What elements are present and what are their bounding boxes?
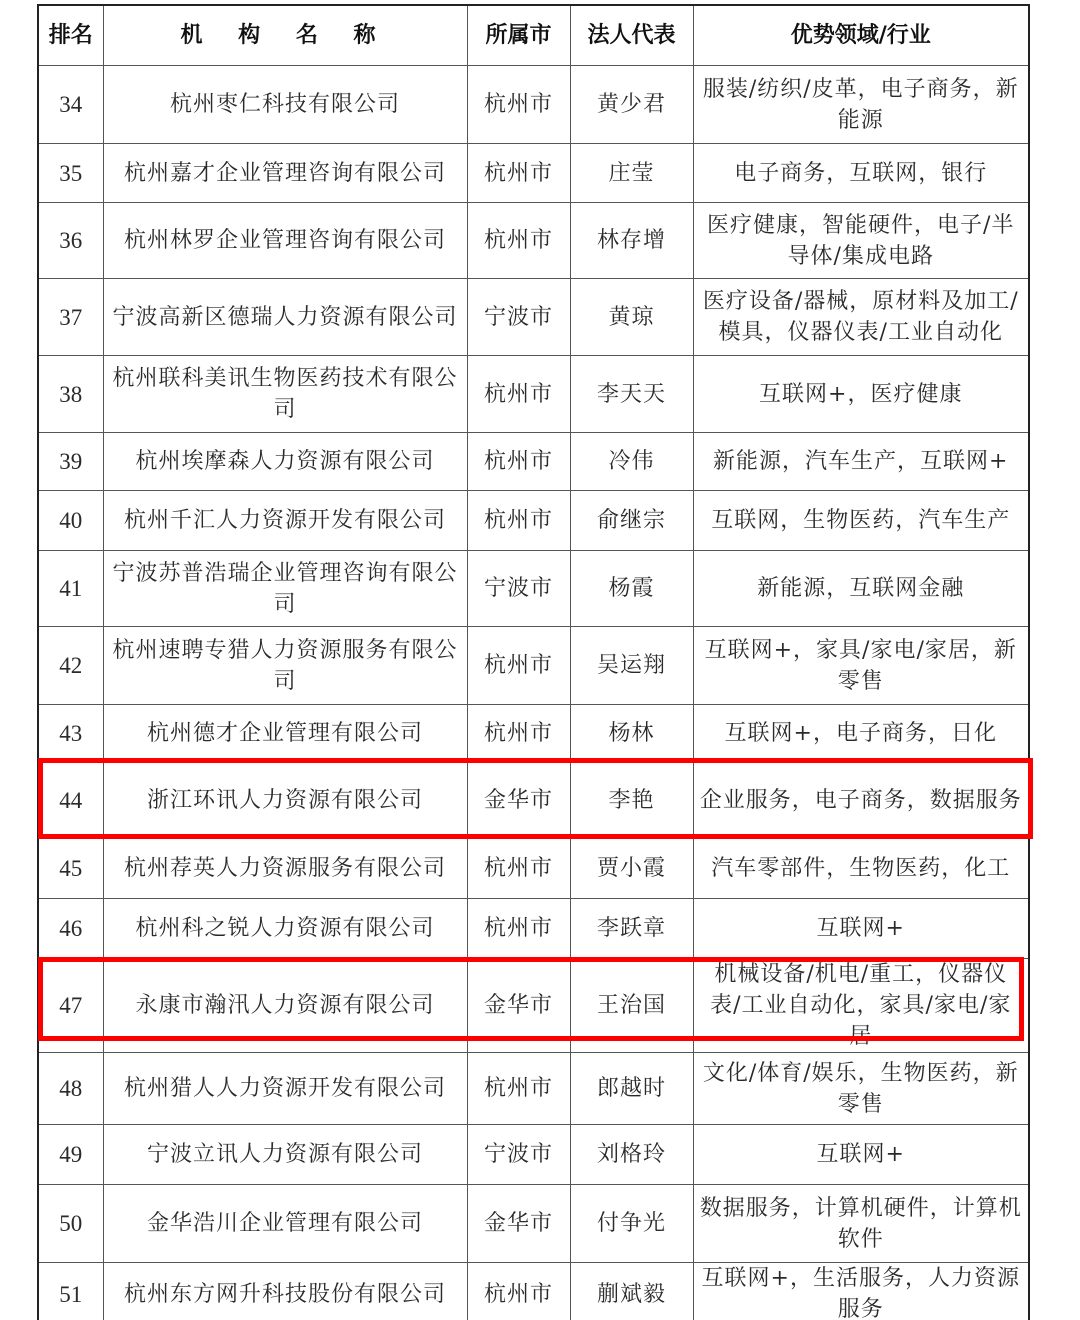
- org-name-cell: 浙江环讯人力资源有限公司: [103, 763, 467, 839]
- org-name-cell: 杭州荐英人力资源服务有限公司: [103, 839, 467, 899]
- city-cell: 杭州市: [467, 1053, 570, 1125]
- city-cell: 杭州市: [467, 203, 570, 279]
- rank-cell: 48: [38, 1053, 103, 1125]
- ranking-table: 排名 机 构 名 称 所属市 法人代表 优势领域/行业 34杭州枣仁科技有限公司…: [37, 4, 1030, 1320]
- rank-cell: 49: [38, 1125, 103, 1185]
- rank-cell: 45: [38, 839, 103, 899]
- table-row: 40杭州千汇人力资源开发有限公司杭州市俞继宗互联网，生物医药，汽车生产: [38, 491, 1029, 551]
- org-name-cell: 宁波立讯人力资源有限公司: [103, 1125, 467, 1185]
- city-cell: 杭州市: [467, 1263, 570, 1320]
- fields-cell: 新能源，汽车生产，互联网+: [693, 433, 1029, 491]
- rank-cell: 38: [38, 356, 103, 433]
- fields-cell: 电子商务，互联网，银行: [693, 144, 1029, 203]
- representative-cell: 林存增: [570, 203, 693, 279]
- org-name-cell: 杭州枣仁科技有限公司: [103, 66, 467, 144]
- fields-cell: 企业服务，电子商务，数据服务: [693, 763, 1029, 839]
- table-row: 36杭州林罗企业管理咨询有限公司杭州市林存增医疗健康，智能硬件，电子/半导体/集…: [38, 203, 1029, 279]
- representative-cell: 王治国: [570, 959, 693, 1053]
- fields-cell: 医疗设备/器械，原材料及加工/模具，仪器仪表/工业自动化: [693, 279, 1029, 356]
- city-cell: 宁波市: [467, 279, 570, 356]
- table-row: 38杭州联科美讯生物医药技术有限公司杭州市李天天互联网+，医疗健康: [38, 356, 1029, 433]
- table-row: 50金华浩川企业管理有限公司金华市付争光数据服务，计算机硬件，计算机软件: [38, 1185, 1029, 1263]
- table-row: 41宁波苏普浩瑞企业管理咨询有限公司宁波市杨霞新能源，互联网金融: [38, 551, 1029, 627]
- table-row: 43杭州德才企业管理有限公司杭州市杨林互联网+，电子商务，日化: [38, 705, 1029, 763]
- org-name-cell: 杭州千汇人力资源开发有限公司: [103, 491, 467, 551]
- org-name-cell: 杭州猎人人力资源开发有限公司: [103, 1053, 467, 1125]
- rank-cell: 36: [38, 203, 103, 279]
- city-cell: 杭州市: [467, 356, 570, 433]
- city-cell: 杭州市: [467, 66, 570, 144]
- org-name-cell: 杭州速聘专猎人力资源服务有限公司: [103, 627, 467, 705]
- representative-cell: 刘格玲: [570, 1125, 693, 1185]
- city-cell: 杭州市: [467, 899, 570, 959]
- header-rank: 排名: [38, 5, 103, 66]
- representative-cell: 黄少君: [570, 66, 693, 144]
- representative-cell: 蒯斌毅: [570, 1263, 693, 1320]
- representative-cell: 郎越时: [570, 1053, 693, 1125]
- city-cell: 金华市: [467, 959, 570, 1053]
- table-row: 35杭州嘉才企业管理咨询有限公司杭州市庄莹电子商务，互联网，银行: [38, 144, 1029, 203]
- table-row-highlighted: 44浙江环讯人力资源有限公司金华市李艳企业服务，电子商务，数据服务: [38, 763, 1029, 839]
- city-cell: 金华市: [467, 763, 570, 839]
- representative-cell: 俞继宗: [570, 491, 693, 551]
- rank-cell: 44: [38, 763, 103, 839]
- fields-cell: 医疗健康，智能硬件，电子/半导体/集成电路: [693, 203, 1029, 279]
- representative-cell: 付争光: [570, 1185, 693, 1263]
- rank-cell: 39: [38, 433, 103, 491]
- org-name-cell: 杭州联科美讯生物医药技术有限公司: [103, 356, 467, 433]
- city-cell: 金华市: [467, 1185, 570, 1263]
- table-row: 42杭州速聘专猎人力资源服务有限公司杭州市吴运翔互联网+，家具/家电/家居，新零…: [38, 627, 1029, 705]
- representative-cell: 贾小霞: [570, 839, 693, 899]
- representative-cell: 吴运翔: [570, 627, 693, 705]
- fields-cell: 互联网+，医疗健康: [693, 356, 1029, 433]
- fields-cell: 新能源，互联网金融: [693, 551, 1029, 627]
- rank-cell: 43: [38, 705, 103, 763]
- rank-cell: 46: [38, 899, 103, 959]
- representative-cell: 庄莹: [570, 144, 693, 203]
- representative-cell: 杨霞: [570, 551, 693, 627]
- rank-cell: 40: [38, 491, 103, 551]
- org-name-cell: 杭州东方网升科技股份有限公司: [103, 1263, 467, 1320]
- representative-cell: 李跃章: [570, 899, 693, 959]
- header-org-name: 机 构 名 称: [103, 5, 467, 66]
- city-cell: 杭州市: [467, 627, 570, 705]
- rank-cell: 42: [38, 627, 103, 705]
- table-row: 37宁波高新区德瑞人力资源有限公司宁波市黄琼医疗设备/器械，原材料及加工/模具，…: [38, 279, 1029, 356]
- table-row: 51杭州东方网升科技股份有限公司杭州市蒯斌毅互联网+，生活服务，人力资源服务: [38, 1263, 1029, 1320]
- table-row: 39杭州埃摩森人力资源有限公司杭州市冷伟新能源，汽车生产，互联网+: [38, 433, 1029, 491]
- org-name-cell: 宁波苏普浩瑞企业管理咨询有限公司: [103, 551, 467, 627]
- rank-cell: 35: [38, 144, 103, 203]
- org-name-cell: 永康市瀚汛人力资源有限公司: [103, 959, 467, 1053]
- org-name-cell: 杭州德才企业管理有限公司: [103, 705, 467, 763]
- fields-cell: 互联网+，家具/家电/家居，新零售: [693, 627, 1029, 705]
- table-row: 48杭州猎人人力资源开发有限公司杭州市郎越时文化/体育/娱乐，生物医药，新零售: [38, 1053, 1029, 1125]
- fields-cell: 汽车零部件，生物医药，化工: [693, 839, 1029, 899]
- table-row-highlighted: 47永康市瀚汛人力资源有限公司金华市王治国机械设备/机电/重工，仪器仪表/工业自…: [38, 959, 1029, 1053]
- representative-cell: 冷伟: [570, 433, 693, 491]
- representative-cell: 李天天: [570, 356, 693, 433]
- representative-cell: 杨林: [570, 705, 693, 763]
- city-cell: 宁波市: [467, 1125, 570, 1185]
- rank-cell: 34: [38, 66, 103, 144]
- fields-cell: 互联网+: [693, 899, 1029, 959]
- representative-cell: 黄琼: [570, 279, 693, 356]
- rank-cell: 51: [38, 1263, 103, 1320]
- fields-cell: 服装/纺织/皮革，电子商务，新能源: [693, 66, 1029, 144]
- rank-cell: 41: [38, 551, 103, 627]
- representative-cell: 李艳: [570, 763, 693, 839]
- org-name-cell: 金华浩川企业管理有限公司: [103, 1185, 467, 1263]
- table-row: 49宁波立讯人力资源有限公司宁波市刘格玲互联网+: [38, 1125, 1029, 1185]
- fields-cell: 机械设备/机电/重工，仪器仪表/工业自动化，家具/家电/家居: [693, 959, 1029, 1053]
- city-cell: 杭州市: [467, 839, 570, 899]
- city-cell: 杭州市: [467, 491, 570, 551]
- org-name-cell: 杭州林罗企业管理咨询有限公司: [103, 203, 467, 279]
- fields-cell: 文化/体育/娱乐，生物医药，新零售: [693, 1053, 1029, 1125]
- rank-cell: 37: [38, 279, 103, 356]
- header-city: 所属市: [467, 5, 570, 66]
- org-name-cell: 杭州嘉才企业管理咨询有限公司: [103, 144, 467, 203]
- table-body: 34杭州枣仁科技有限公司杭州市黄少君服装/纺织/皮革，电子商务，新能源35杭州嘉…: [38, 66, 1029, 1320]
- fields-cell: 数据服务，计算机硬件，计算机软件: [693, 1185, 1029, 1263]
- table-row: 46杭州科之锐人力资源有限公司杭州市李跃章互联网+: [38, 899, 1029, 959]
- city-cell: 杭州市: [467, 705, 570, 763]
- org-name-cell: 杭州科之锐人力资源有限公司: [103, 899, 467, 959]
- fields-cell: 互联网+，生活服务，人力资源服务: [693, 1263, 1029, 1320]
- fields-cell: 互联网+: [693, 1125, 1029, 1185]
- city-cell: 杭州市: [467, 433, 570, 491]
- rank-cell: 50: [38, 1185, 103, 1263]
- org-name-cell: 宁波高新区德瑞人力资源有限公司: [103, 279, 467, 356]
- fields-cell: 互联网+，电子商务，日化: [693, 705, 1029, 763]
- header-representative: 法人代表: [570, 5, 693, 66]
- org-name-cell: 杭州埃摩森人力资源有限公司: [103, 433, 467, 491]
- header-fields: 优势领域/行业: [693, 5, 1029, 66]
- table-row: 45杭州荐英人力资源服务有限公司杭州市贾小霞汽车零部件，生物医药，化工: [38, 839, 1029, 899]
- table-header-row: 排名 机 构 名 称 所属市 法人代表 优势领域/行业: [38, 5, 1029, 66]
- city-cell: 杭州市: [467, 144, 570, 203]
- fields-cell: 互联网，生物医药，汽车生产: [693, 491, 1029, 551]
- city-cell: 宁波市: [467, 551, 570, 627]
- rank-cell: 47: [38, 959, 103, 1053]
- table-row: 34杭州枣仁科技有限公司杭州市黄少君服装/纺织/皮革，电子商务，新能源: [38, 66, 1029, 144]
